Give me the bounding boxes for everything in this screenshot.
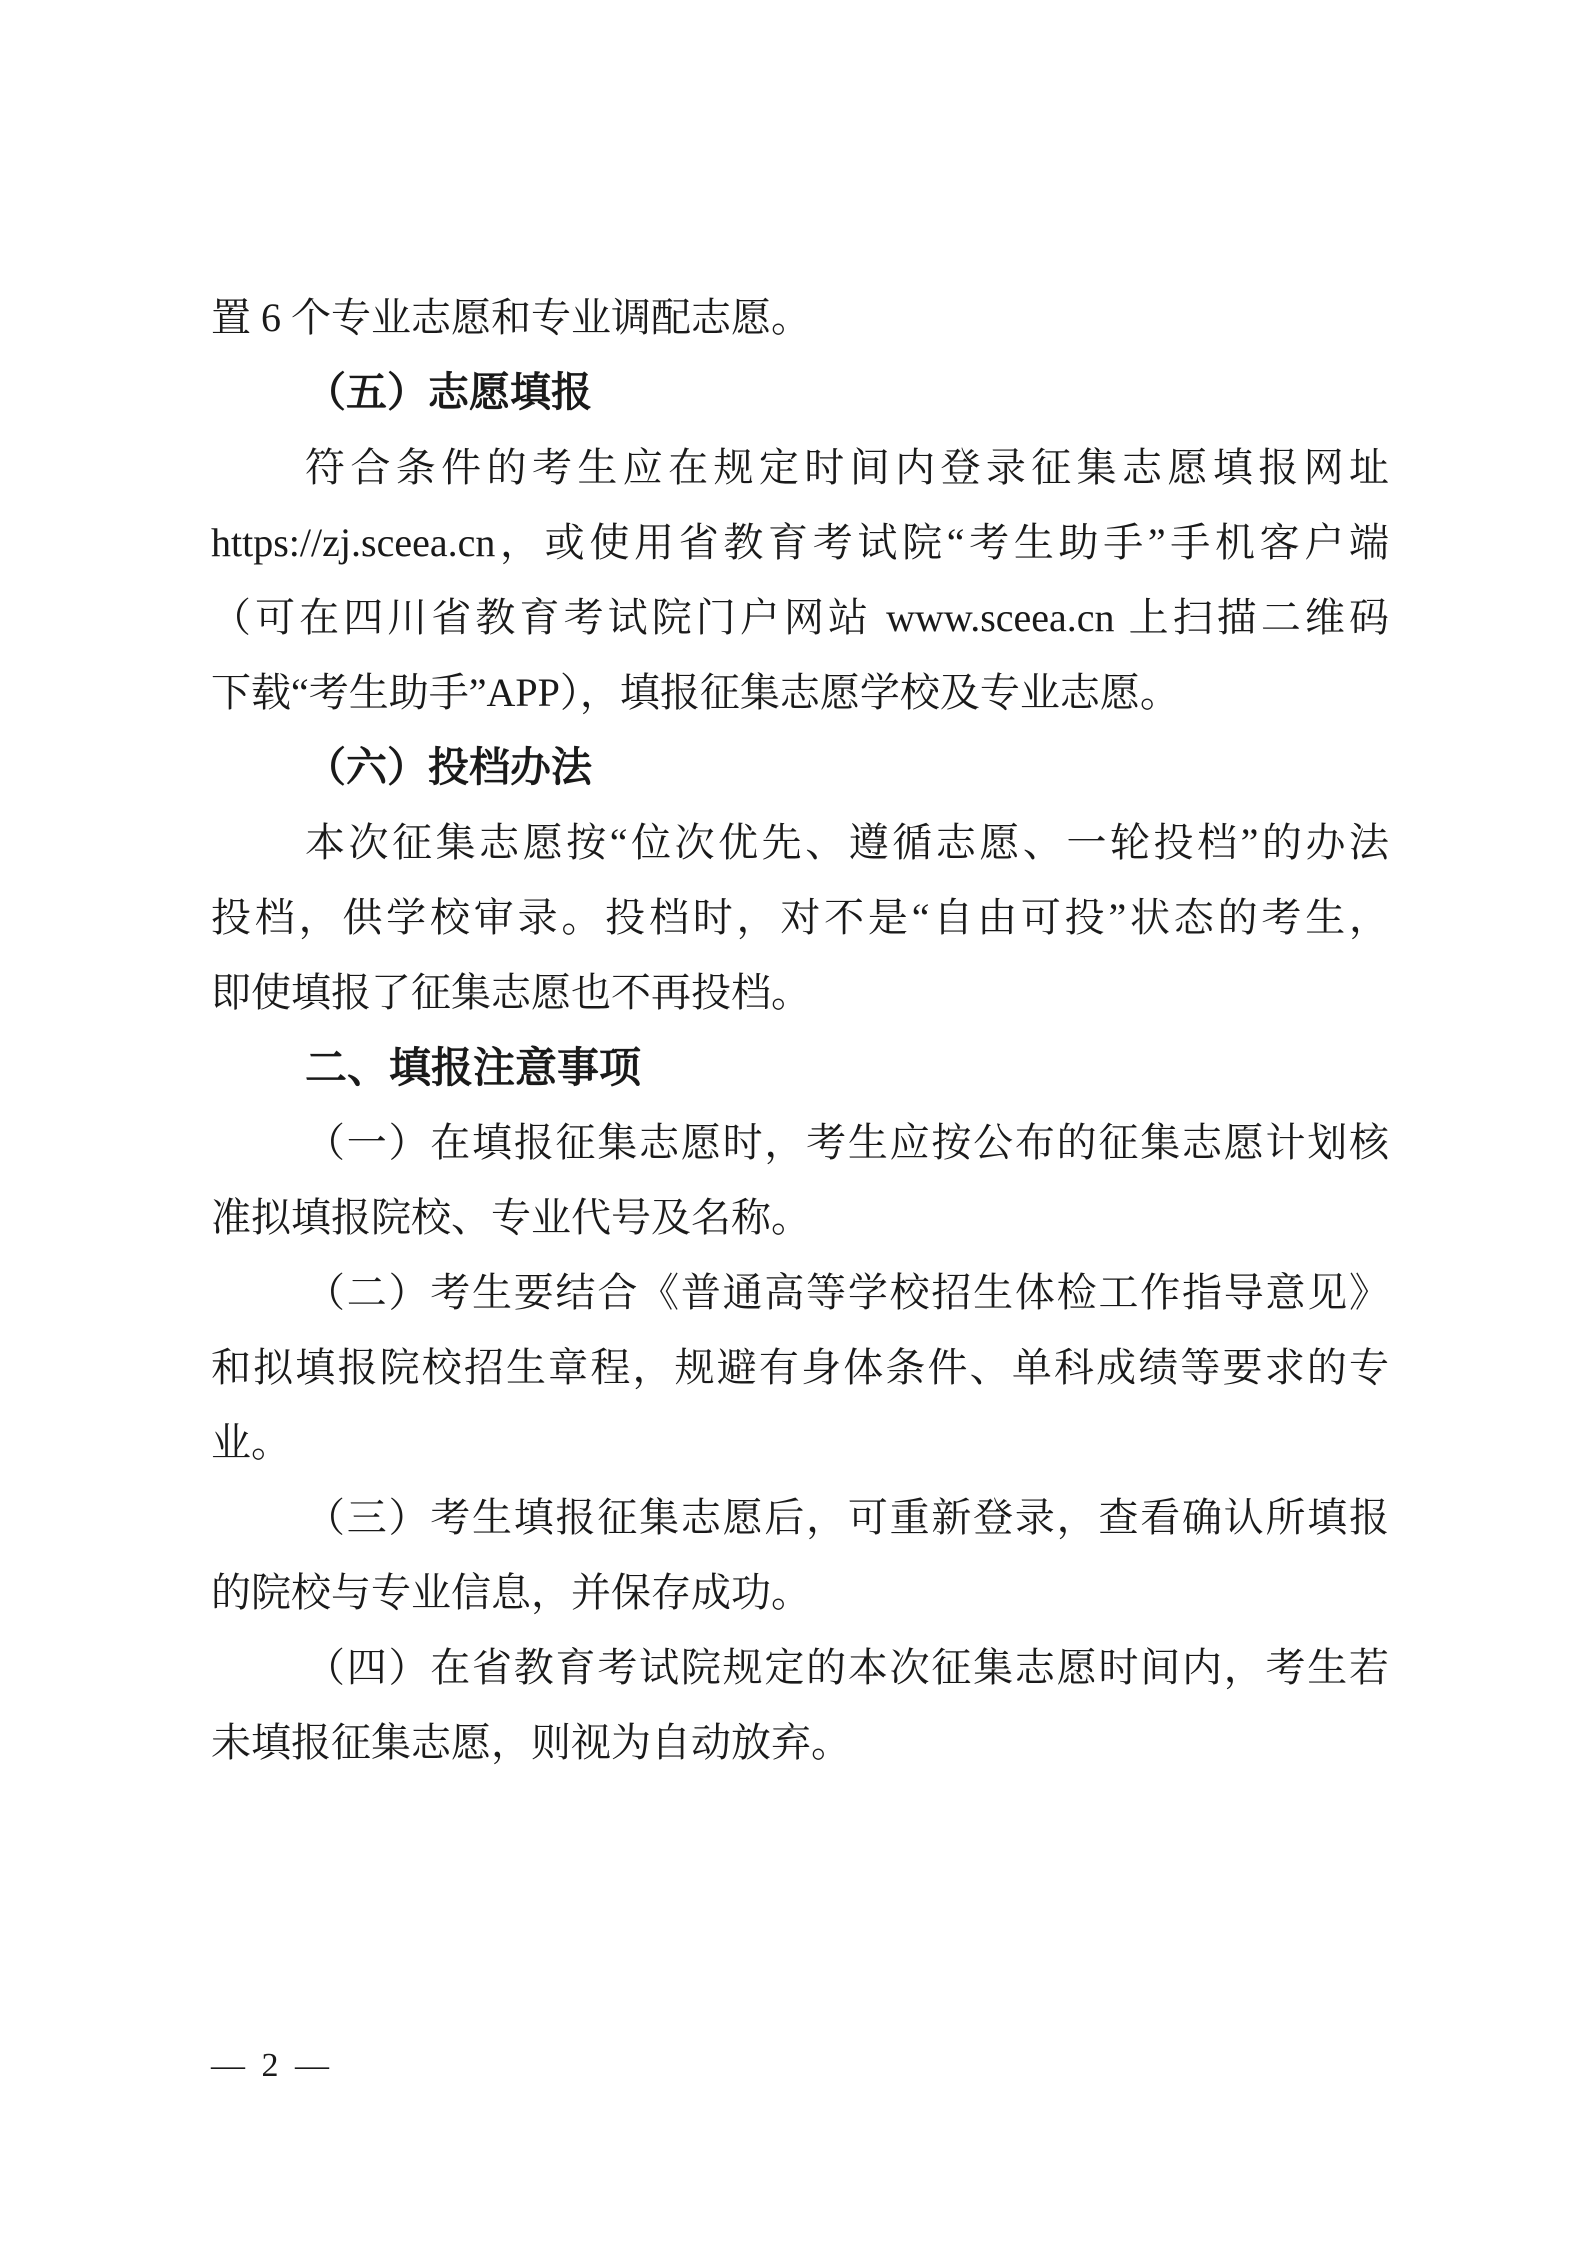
page-number: — 2 — <box>211 2046 333 2086</box>
section-heading-6: （六）投档办法 <box>211 730 1389 805</box>
body-line: （一）在填报征集志愿时，考生应按公布的征集志愿计划核 <box>211 1105 1389 1180</box>
body-line: 和拟填报院校招生章程，规避有身体条件、单科成绩等要求的专 <box>211 1330 1389 1405</box>
section-heading-5: （五）志愿填报 <box>211 355 1389 430</box>
body-line: （四）在省教育考试院规定的本次征集志愿时间内，考生若 <box>211 1630 1389 1705</box>
document-body: 置 6 个专业志愿和专业调配志愿。 （五）志愿填报 符合条件的考生应在规定时间内… <box>211 280 1389 1780</box>
body-line: （可在四川省教育考试院门户网站 www.sceea.cn 上扫描二维码 <box>211 580 1389 655</box>
document-page: 置 6 个专业志愿和专业调配志愿。 （五）志愿填报 符合条件的考生应在规定时间内… <box>0 0 1587 2245</box>
body-line: 本次征集志愿按“位次优先、遵循志愿、一轮投档”的办法 <box>211 805 1389 880</box>
body-line: 准拟填报院校、专业代号及名称。 <box>211 1180 1389 1255</box>
body-line: 未填报征集志愿，则视为自动放弃。 <box>211 1705 1389 1780</box>
body-line: 下载“考生助手”APP），填报征集志愿学校及专业志愿。 <box>211 655 1389 730</box>
body-line: 即使填报了征集志愿也不再投档。 <box>211 955 1389 1030</box>
chapter-heading-notes: 二、填报注意事项 <box>211 1030 1389 1105</box>
body-line: 符合条件的考生应在规定时间内登录征集志愿填报网址 <box>211 430 1389 505</box>
body-line: 投档，供学校审录。投档时，对不是“自由可投”状态的考生， <box>211 880 1389 955</box>
body-line: （二）考生要结合《普通高等学校招生体检工作指导意见》 <box>211 1255 1389 1330</box>
body-line: 业。 <box>211 1405 1389 1480</box>
body-line: （三）考生填报征集志愿后，可重新登录，查看确认所填报 <box>211 1480 1389 1555</box>
body-line: https://zj.sceea.cn，或使用省教育考试院“考生助手”手机客户端 <box>211 505 1389 580</box>
body-line: 的院校与专业信息，并保存成功。 <box>211 1555 1389 1630</box>
body-line: 置 6 个专业志愿和专业调配志愿。 <box>211 280 1389 355</box>
